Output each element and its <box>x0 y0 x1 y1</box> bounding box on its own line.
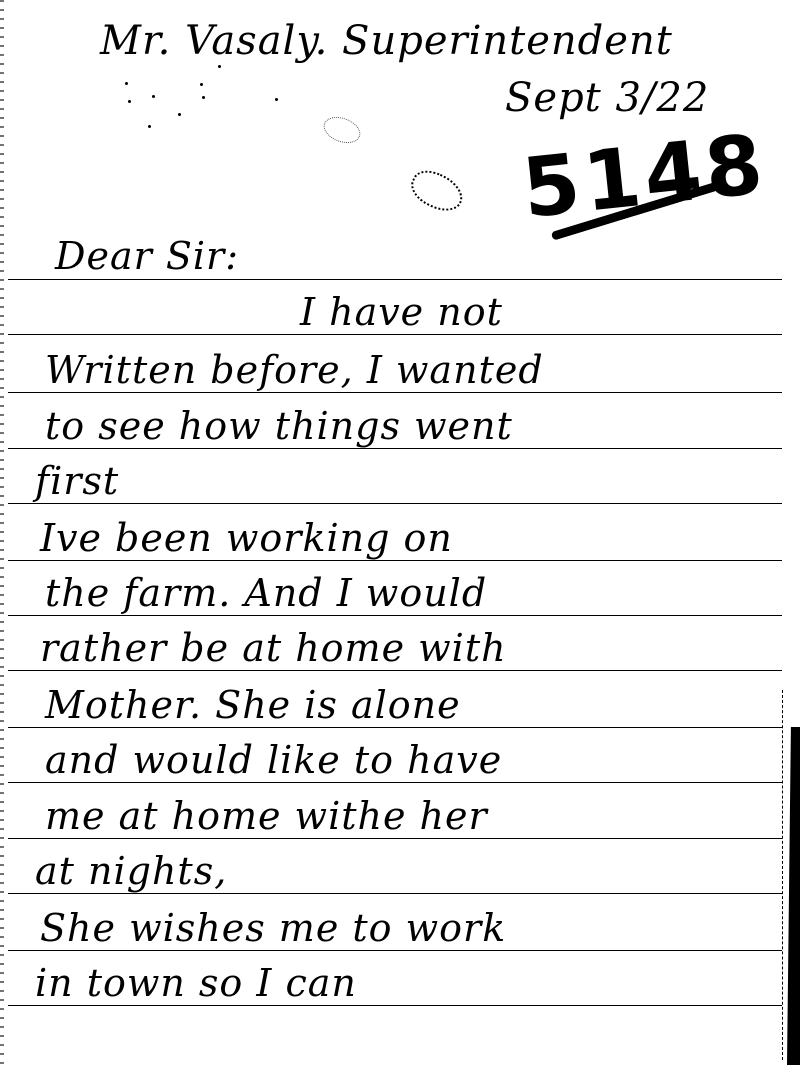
letter-line: rather be at home with <box>40 626 507 670</box>
scan-speck <box>148 125 151 128</box>
scan-speck <box>125 82 128 85</box>
letter-line: She wishes me to work <box>40 906 506 950</box>
letter-line: in town so I can <box>35 961 357 1005</box>
ruled-line <box>8 727 782 728</box>
letter-date: Sept 3/22 <box>505 75 709 121</box>
ruled-line <box>8 782 782 783</box>
addressee-line: Mr. Vasaly. Superintendent <box>100 18 673 64</box>
ink-blot-mark <box>405 164 468 218</box>
scan-speck <box>152 95 155 98</box>
letter-line: Mother. She is alone <box>45 683 461 727</box>
ruled-line <box>8 560 782 561</box>
ruled-line <box>8 950 782 951</box>
right-scan-edge-bar <box>787 727 800 1065</box>
ruled-line <box>8 893 782 894</box>
letter-line: to see how things went <box>45 404 513 448</box>
ruled-line <box>8 392 782 393</box>
file-number: 5148 <box>518 117 771 237</box>
scan-edge-left <box>0 0 4 1065</box>
right-margin-dotted-line <box>782 690 783 1060</box>
letter-line: and would like to have <box>45 738 502 782</box>
ruled-line <box>8 503 782 504</box>
ruled-line <box>8 615 782 616</box>
ruled-line <box>8 279 782 280</box>
letter-line: me at home withe her <box>45 794 488 838</box>
scan-speck <box>275 98 278 101</box>
letter-line: first <box>35 459 119 503</box>
faint-smudge <box>320 112 364 148</box>
letter-line: Written before, I wanted <box>45 348 544 392</box>
ruled-line <box>8 334 782 335</box>
letter-line: the farm. And I would <box>45 571 487 615</box>
ruled-line <box>8 670 782 671</box>
scan-speck <box>218 65 221 68</box>
scanned-letter-page: Mr. Vasaly. Superintendent Sept 3/22 514… <box>0 0 800 1065</box>
ruled-line <box>8 448 782 449</box>
scan-speck <box>200 83 203 86</box>
scan-speck <box>178 113 181 116</box>
scan-speck <box>202 96 205 99</box>
scan-speck <box>128 100 131 103</box>
ruled-line <box>8 838 782 839</box>
letter-line: at nights, <box>35 849 227 893</box>
ruled-line <box>8 1005 782 1006</box>
letter-line: I have not <box>300 290 503 334</box>
letter-line: Ive been working on <box>40 516 453 560</box>
salutation: Dear Sir: <box>55 234 239 278</box>
